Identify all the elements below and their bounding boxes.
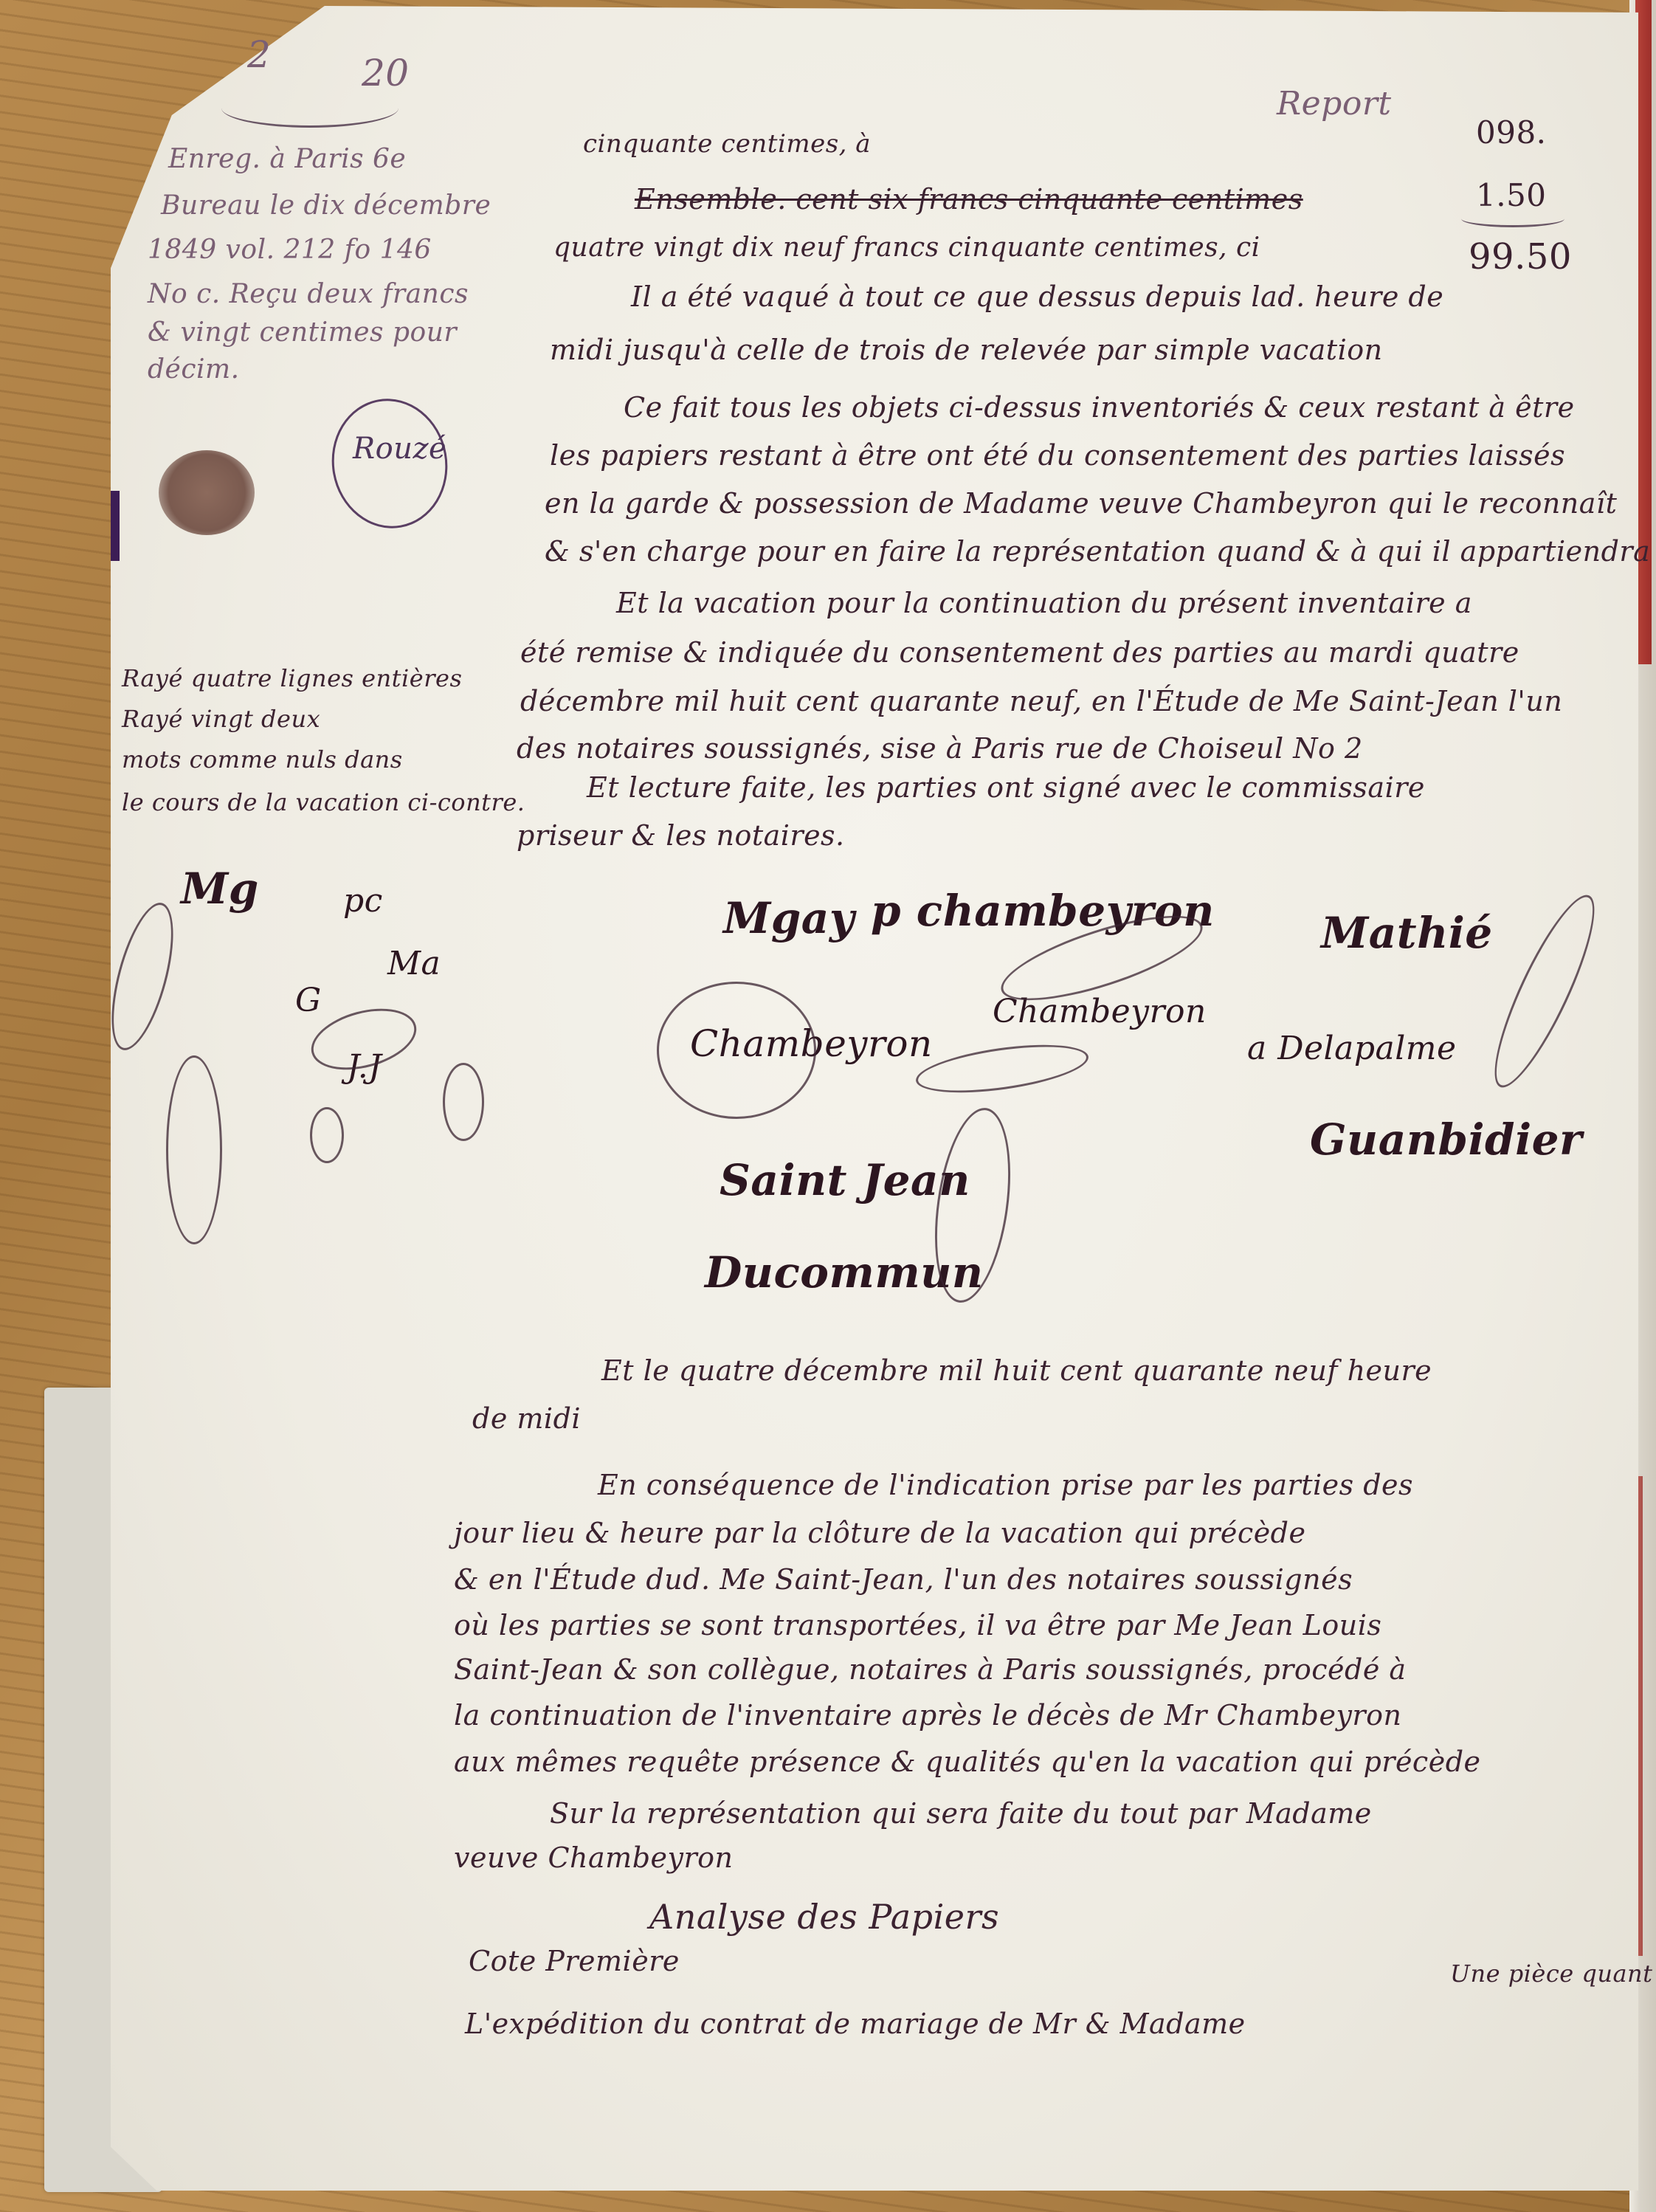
ledger-line: cinquante centimes, à	[583, 129, 871, 159]
initial-signature: G	[295, 982, 322, 1019]
paragraph-line: & s'en charge pour en faire la représent…	[545, 535, 1650, 568]
session-body-line: Saint-Jean & son collègue, notaires à Pa…	[454, 1653, 1407, 1686]
initial-signature: pc	[343, 882, 383, 920]
paragraph-line: priseur & les notaires.	[517, 819, 845, 852]
session-body-line: où les parties se sont transportées, il …	[454, 1609, 1381, 1641]
stamp-signature: Rouzé	[353, 432, 446, 466]
last-entry-line: L'expédition du contrat de mariage de Mr…	[465, 2008, 1246, 2040]
paraph-flourish	[166, 1055, 222, 1244]
signature: Mathié	[1321, 908, 1493, 958]
page-mark-right: 20	[362, 52, 410, 94]
cote-note: Une pièce quant	[1450, 1960, 1653, 1988]
registration-line: No c. Reçu deux francs	[148, 279, 469, 309]
margin-note-line: Rayé quatre lignes entières	[122, 664, 462, 692]
session-body-line: la continuation de l'inventaire après le…	[454, 1699, 1401, 1732]
representation-line: veuve Chambeyron	[454, 1841, 734, 1874]
signature: Saint Jean	[720, 1155, 970, 1205]
signature: a Delapalme	[1247, 1030, 1457, 1067]
cote-label: Cote Première	[469, 1945, 680, 1977]
paragraph-line: été remise & indiquée du consentement de…	[520, 636, 1519, 669]
signature: Mgay	[723, 893, 855, 943]
session-body-line: aux mêmes requête présence & qualités qu…	[454, 1746, 1481, 1778]
session-body-line: jour lieu & heure par la clôture de la v…	[454, 1517, 1306, 1549]
ledger-amount: 1.50	[1476, 177, 1547, 213]
registration-line: Bureau le dix décembre	[161, 190, 491, 221]
registration-line: & vingt centimes pour	[148, 317, 457, 348]
paragraph-line: décembre mil huit cent quarante neuf, en…	[520, 685, 1562, 717]
registration-line: Enreg. à Paris 6e	[168, 144, 406, 174]
ledger-line: quatre vingt dix neuf francs cinquante c…	[553, 232, 1260, 263]
signature: Guanbidier	[1310, 1114, 1582, 1165]
session-heading-line: de midi	[472, 1402, 581, 1435]
paragraph-line: des notaires soussignés, sise à Paris ru…	[517, 732, 1363, 765]
ledger-total: 99.50	[1469, 236, 1572, 278]
paraph-flourish	[443, 1063, 484, 1141]
page-mark-left: 2	[247, 33, 271, 76]
paragraph-line: Et la vacation pour la continuation du p…	[616, 587, 1472, 619]
margin-note-line: le cours de la vacation ci-contre.	[122, 788, 525, 816]
paragraph-line: Il a été vaqué à tout ce que dessus depu…	[631, 280, 1443, 313]
ink-blot	[111, 491, 120, 561]
paragraph-line: les papiers restant à être ont été du co…	[550, 439, 1565, 472]
paragraph-line: Et lecture faite, les parties ont signé …	[587, 771, 1425, 804]
page-mark-underline	[221, 89, 399, 128]
signature-flourish	[657, 982, 816, 1119]
initial-signature: Ma	[387, 945, 441, 982]
paraph-flourish	[310, 1107, 344, 1163]
paragraph-line: en la garde & possession de Madame veuve…	[545, 487, 1617, 520]
session-heading-line: Et le quatre décembre mil huit cent quar…	[601, 1354, 1432, 1387]
report-amount: 098.	[1476, 114, 1547, 151]
ledger-line-struck: Ensemble. cent six francs cinquante cent…	[635, 183, 1303, 216]
registration-line: décim.	[148, 354, 240, 385]
representation-line: Sur la représentation qui sera faite du …	[550, 1797, 1372, 1830]
session-body-line: & en l'Étude dud. Me Saint-Jean, l'un de…	[454, 1563, 1353, 1596]
paragraph-line: midi jusqu'à celle de trois de relevée p…	[550, 334, 1383, 366]
session-body-line: En conséquence de l'indication prise par…	[598, 1469, 1413, 1501]
margin-note-line: Rayé vingt deux	[122, 705, 320, 733]
report-label: Report	[1277, 85, 1392, 123]
registration-line: 1849 vol. 212 fo 146	[148, 235, 432, 265]
margin-note-line: mots comme nuls dans	[122, 745, 403, 773]
ledger-squiggle	[1461, 210, 1564, 227]
section-title: Analyse des Papiers	[649, 1897, 999, 1937]
paragraph-line: Ce fait tous les objets ci-dessus invent…	[624, 391, 1575, 424]
initial-signature: Mg	[181, 864, 259, 914]
wax-seal-stain	[159, 450, 255, 535]
